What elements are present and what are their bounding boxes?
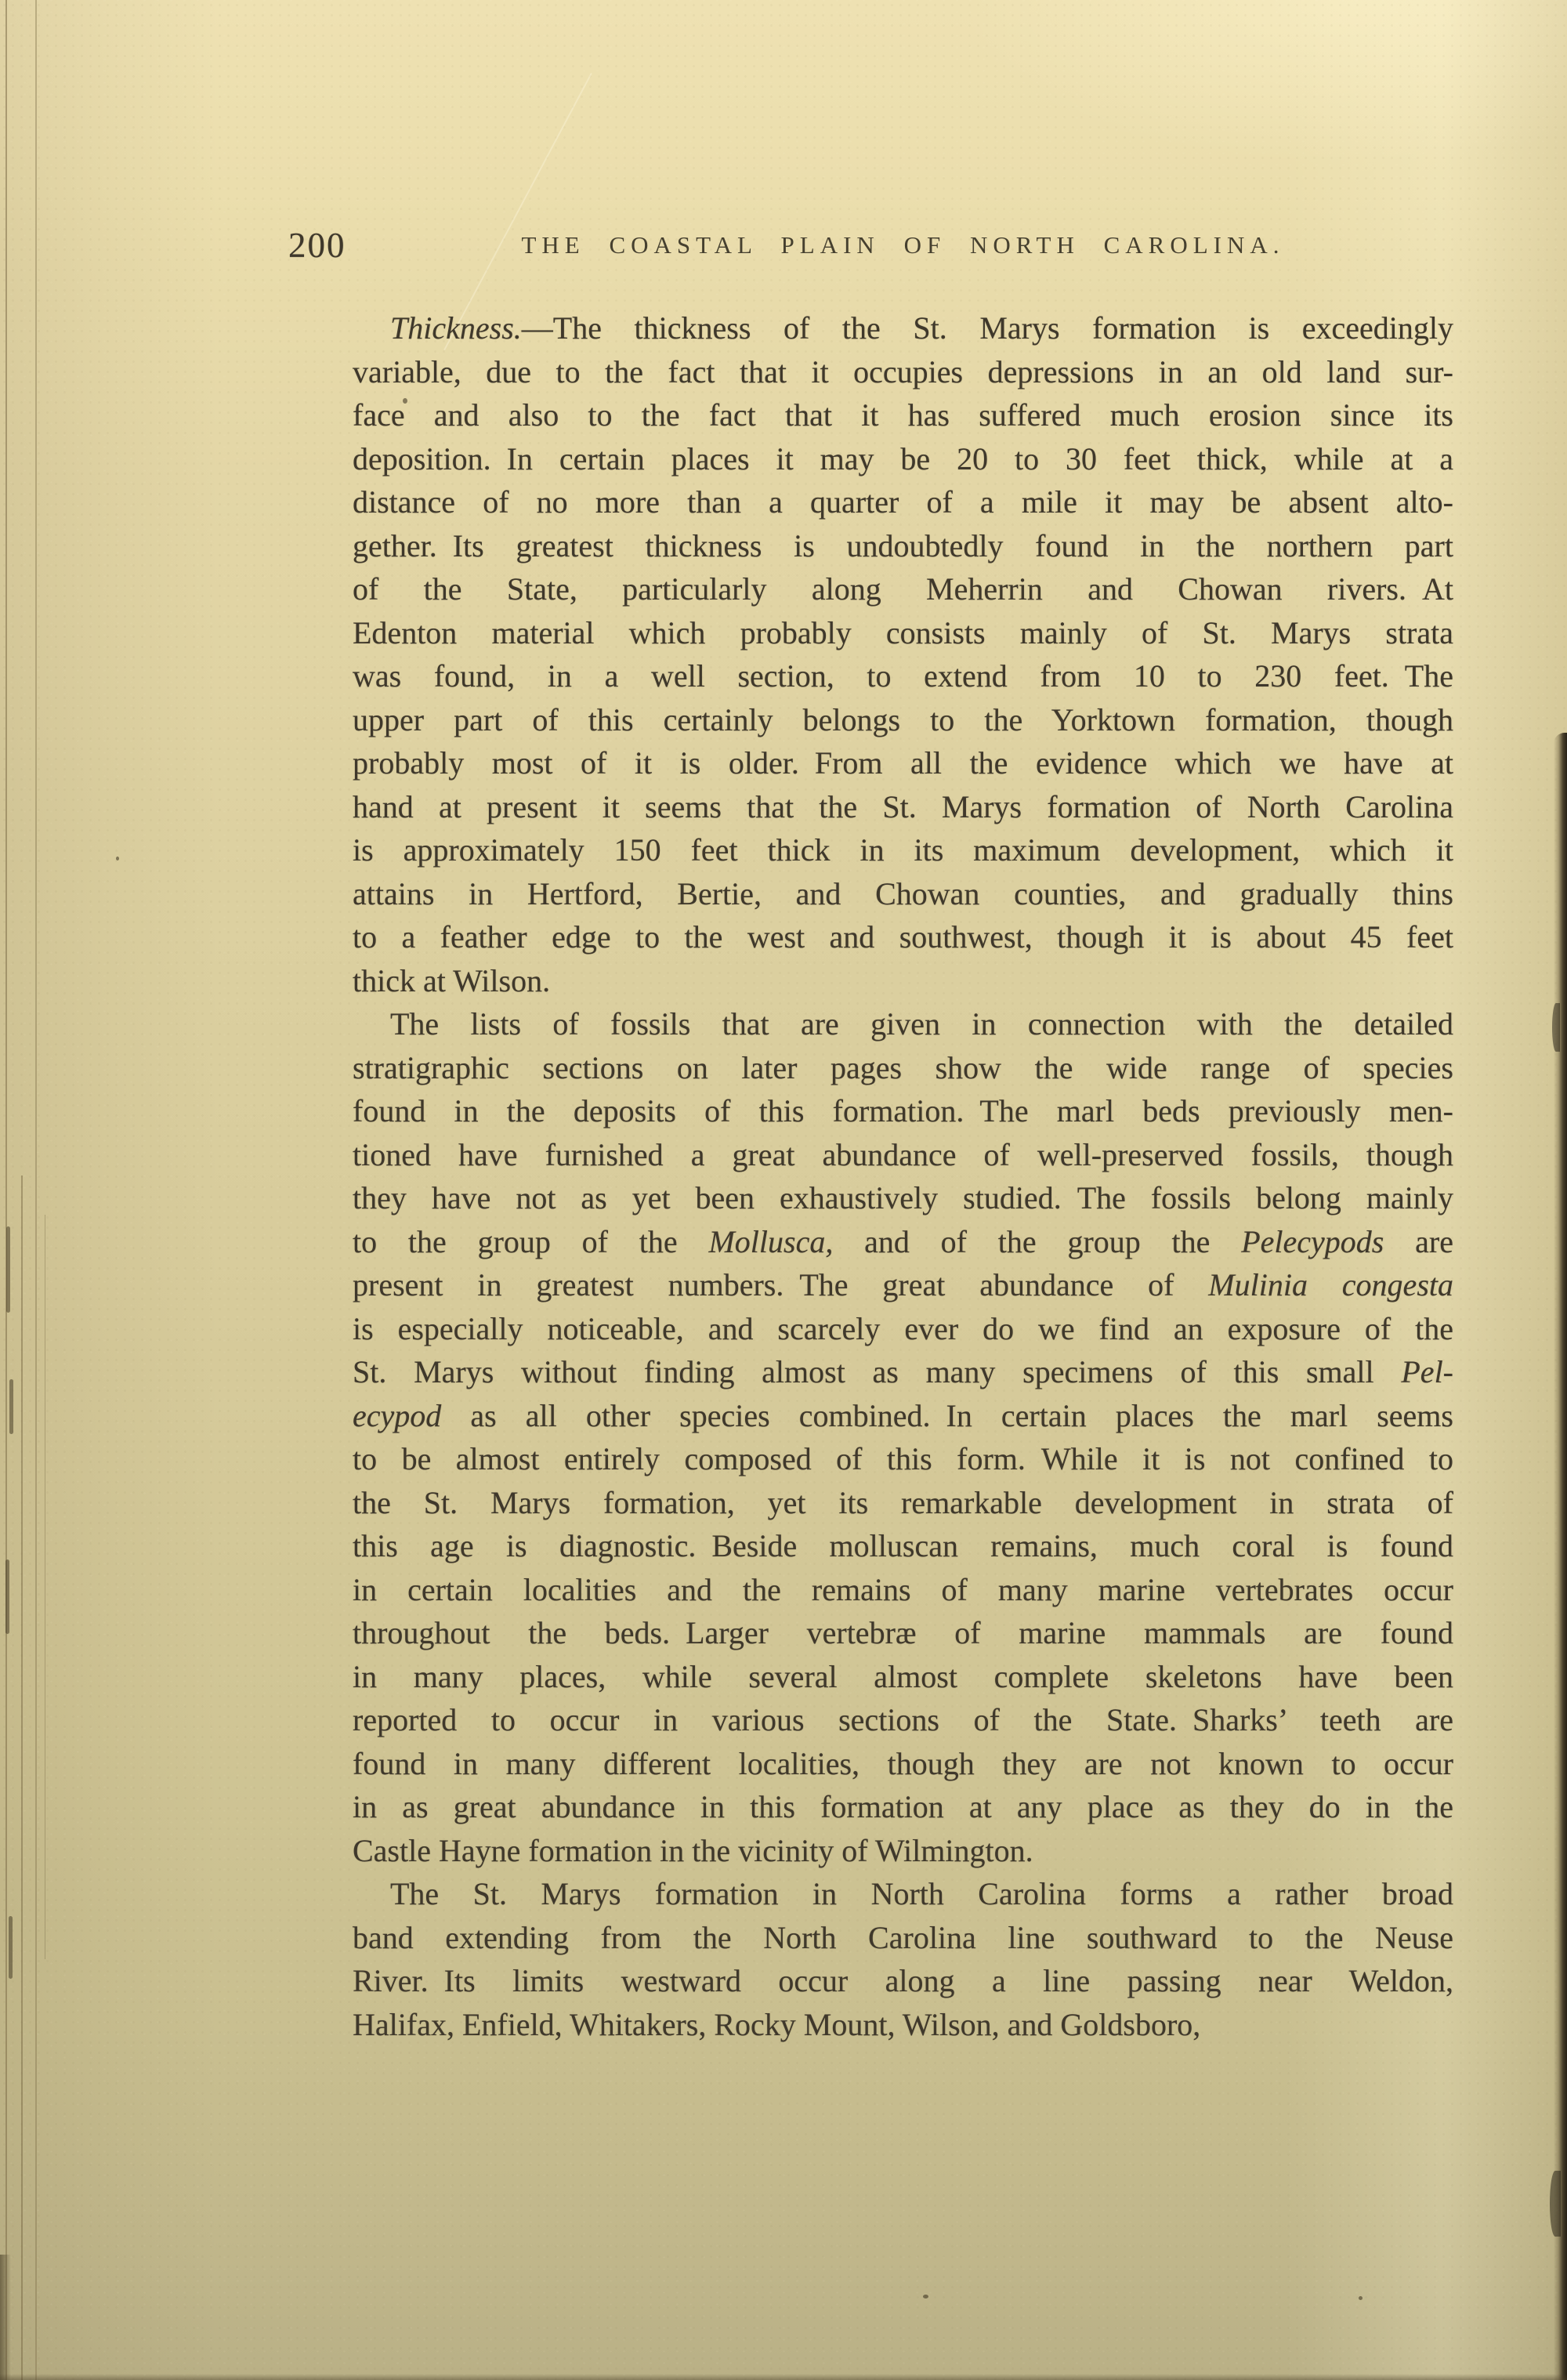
text-line: face and also to the fact that it has su… xyxy=(353,393,1453,437)
text-line: this age is diagnostic. Beside molluscan… xyxy=(353,1524,1453,1568)
text-line: Halifax, Enfield, Whitakers, Rocky Mount… xyxy=(353,2003,1453,2047)
page-number: 200 xyxy=(288,228,346,263)
margin-mark xyxy=(9,1379,13,1434)
text-line: throughout the beds. Larger vertebræ of … xyxy=(353,1611,1453,1655)
text-line: attains in Hertford, Bertie, and Chowan … xyxy=(353,872,1453,916)
text-line: The St. Marys formation in North Carolin… xyxy=(353,1872,1453,1916)
binding-crease xyxy=(21,1176,23,2380)
text-line: to be almost entirely composed of this f… xyxy=(353,1437,1453,1481)
text-line: upper part of this certainly belongs to … xyxy=(353,698,1453,742)
page-edge-shadow xyxy=(1550,2171,1561,2237)
text-line: probably most of it is older. From all t… xyxy=(353,741,1453,785)
text-line: variable, due to the fact that it occupi… xyxy=(353,350,1453,394)
text-line: Edenton material which probably consists… xyxy=(353,611,1453,655)
text-line: band extending from the North Carolina l… xyxy=(353,1916,1453,1960)
text-line: hand at present it seems that the St. Ma… xyxy=(353,785,1453,829)
text-line: River. Its limits westward occur along a… xyxy=(353,1959,1453,2003)
text-line: present in greatest numbers. The great a… xyxy=(353,1263,1453,1307)
text-line: was found, in a well section, to extend … xyxy=(353,654,1453,698)
text-line: reported to occur in various sections of… xyxy=(353,1698,1453,1742)
paragraph: The lists of fossils that are given in c… xyxy=(353,1002,1453,1872)
paragraph: Thickness.—The thickness of the St. Mary… xyxy=(353,306,1453,1002)
text-line: tioned have furnished a great abundance … xyxy=(353,1133,1453,1177)
text-line: is especially noticeable, and scarcely e… xyxy=(353,1307,1453,1351)
text-line: they have not as yet been exhaustively s… xyxy=(353,1176,1453,1220)
text-line: gether. Its greatest thickness is undoub… xyxy=(353,524,1453,568)
text-line: found in the deposits of this formation.… xyxy=(353,1089,1453,1133)
binding-crease xyxy=(35,0,37,2380)
text-line: is approximately 150 feet thick in its m… xyxy=(353,828,1453,872)
text-line: in certain localities and the remains of… xyxy=(353,1568,1453,1612)
text-line: ecypod as all other species combined. In… xyxy=(353,1394,1453,1438)
text-line: stratigraphic sections on later pages sh… xyxy=(353,1046,1453,1090)
bottom-left-shadow xyxy=(0,2255,11,2380)
paper-speck xyxy=(923,2295,928,2298)
margin-mark xyxy=(6,1226,10,1313)
text-line: found in many different localities, thou… xyxy=(353,1742,1453,1786)
text-line: Thickness.—The thickness of the St. Mary… xyxy=(353,306,1453,350)
paper-speck xyxy=(116,857,119,860)
running-header: THE COASTAL PLAIN OF NORTH CAROLINA. xyxy=(353,233,1453,257)
text-line: of the State, particularly along Meherri… xyxy=(353,567,1453,611)
body-text: Thickness.—The thickness of the St. Mary… xyxy=(353,306,1453,2046)
page-edge-shadow xyxy=(1554,733,1567,2380)
page-edge-shadow xyxy=(1552,1003,1560,1052)
binding-crease xyxy=(45,1215,45,1959)
binding-crease xyxy=(5,0,7,2380)
text-line: deposition. In certain places it may be … xyxy=(353,437,1453,481)
margin-mark xyxy=(5,1559,9,1634)
paragraph: The St. Marys formation in North Carolin… xyxy=(353,1872,1453,2046)
text-line: the St. Marys formation, yet its remarka… xyxy=(353,1481,1453,1525)
text-line: to a feather edge to the west and southw… xyxy=(353,915,1453,959)
paper-speck xyxy=(1359,2296,1363,2300)
text-line: to the group of the Mollusca, and of the… xyxy=(353,1220,1453,1264)
bottom-edge-shadow xyxy=(0,2374,1567,2380)
text-line: Castle Hayne formation in the vicinity o… xyxy=(353,1829,1453,1873)
text-line: St. Marys without finding almost as many… xyxy=(353,1350,1453,1394)
margin-mark xyxy=(9,1916,13,1979)
text-line: thick at Wilson. xyxy=(353,959,1453,1003)
text-line: The lists of fossils that are given in c… xyxy=(353,1002,1453,1046)
text-line: in many places, while several almost com… xyxy=(353,1655,1453,1699)
book-page-scan: 200 THE COASTAL PLAIN OF NORTH CAROLINA.… xyxy=(0,0,1567,2380)
text-line: in as great abundance in this formation … xyxy=(353,1785,1453,1829)
text-line: distance of no more than a quarter of a … xyxy=(353,480,1453,524)
